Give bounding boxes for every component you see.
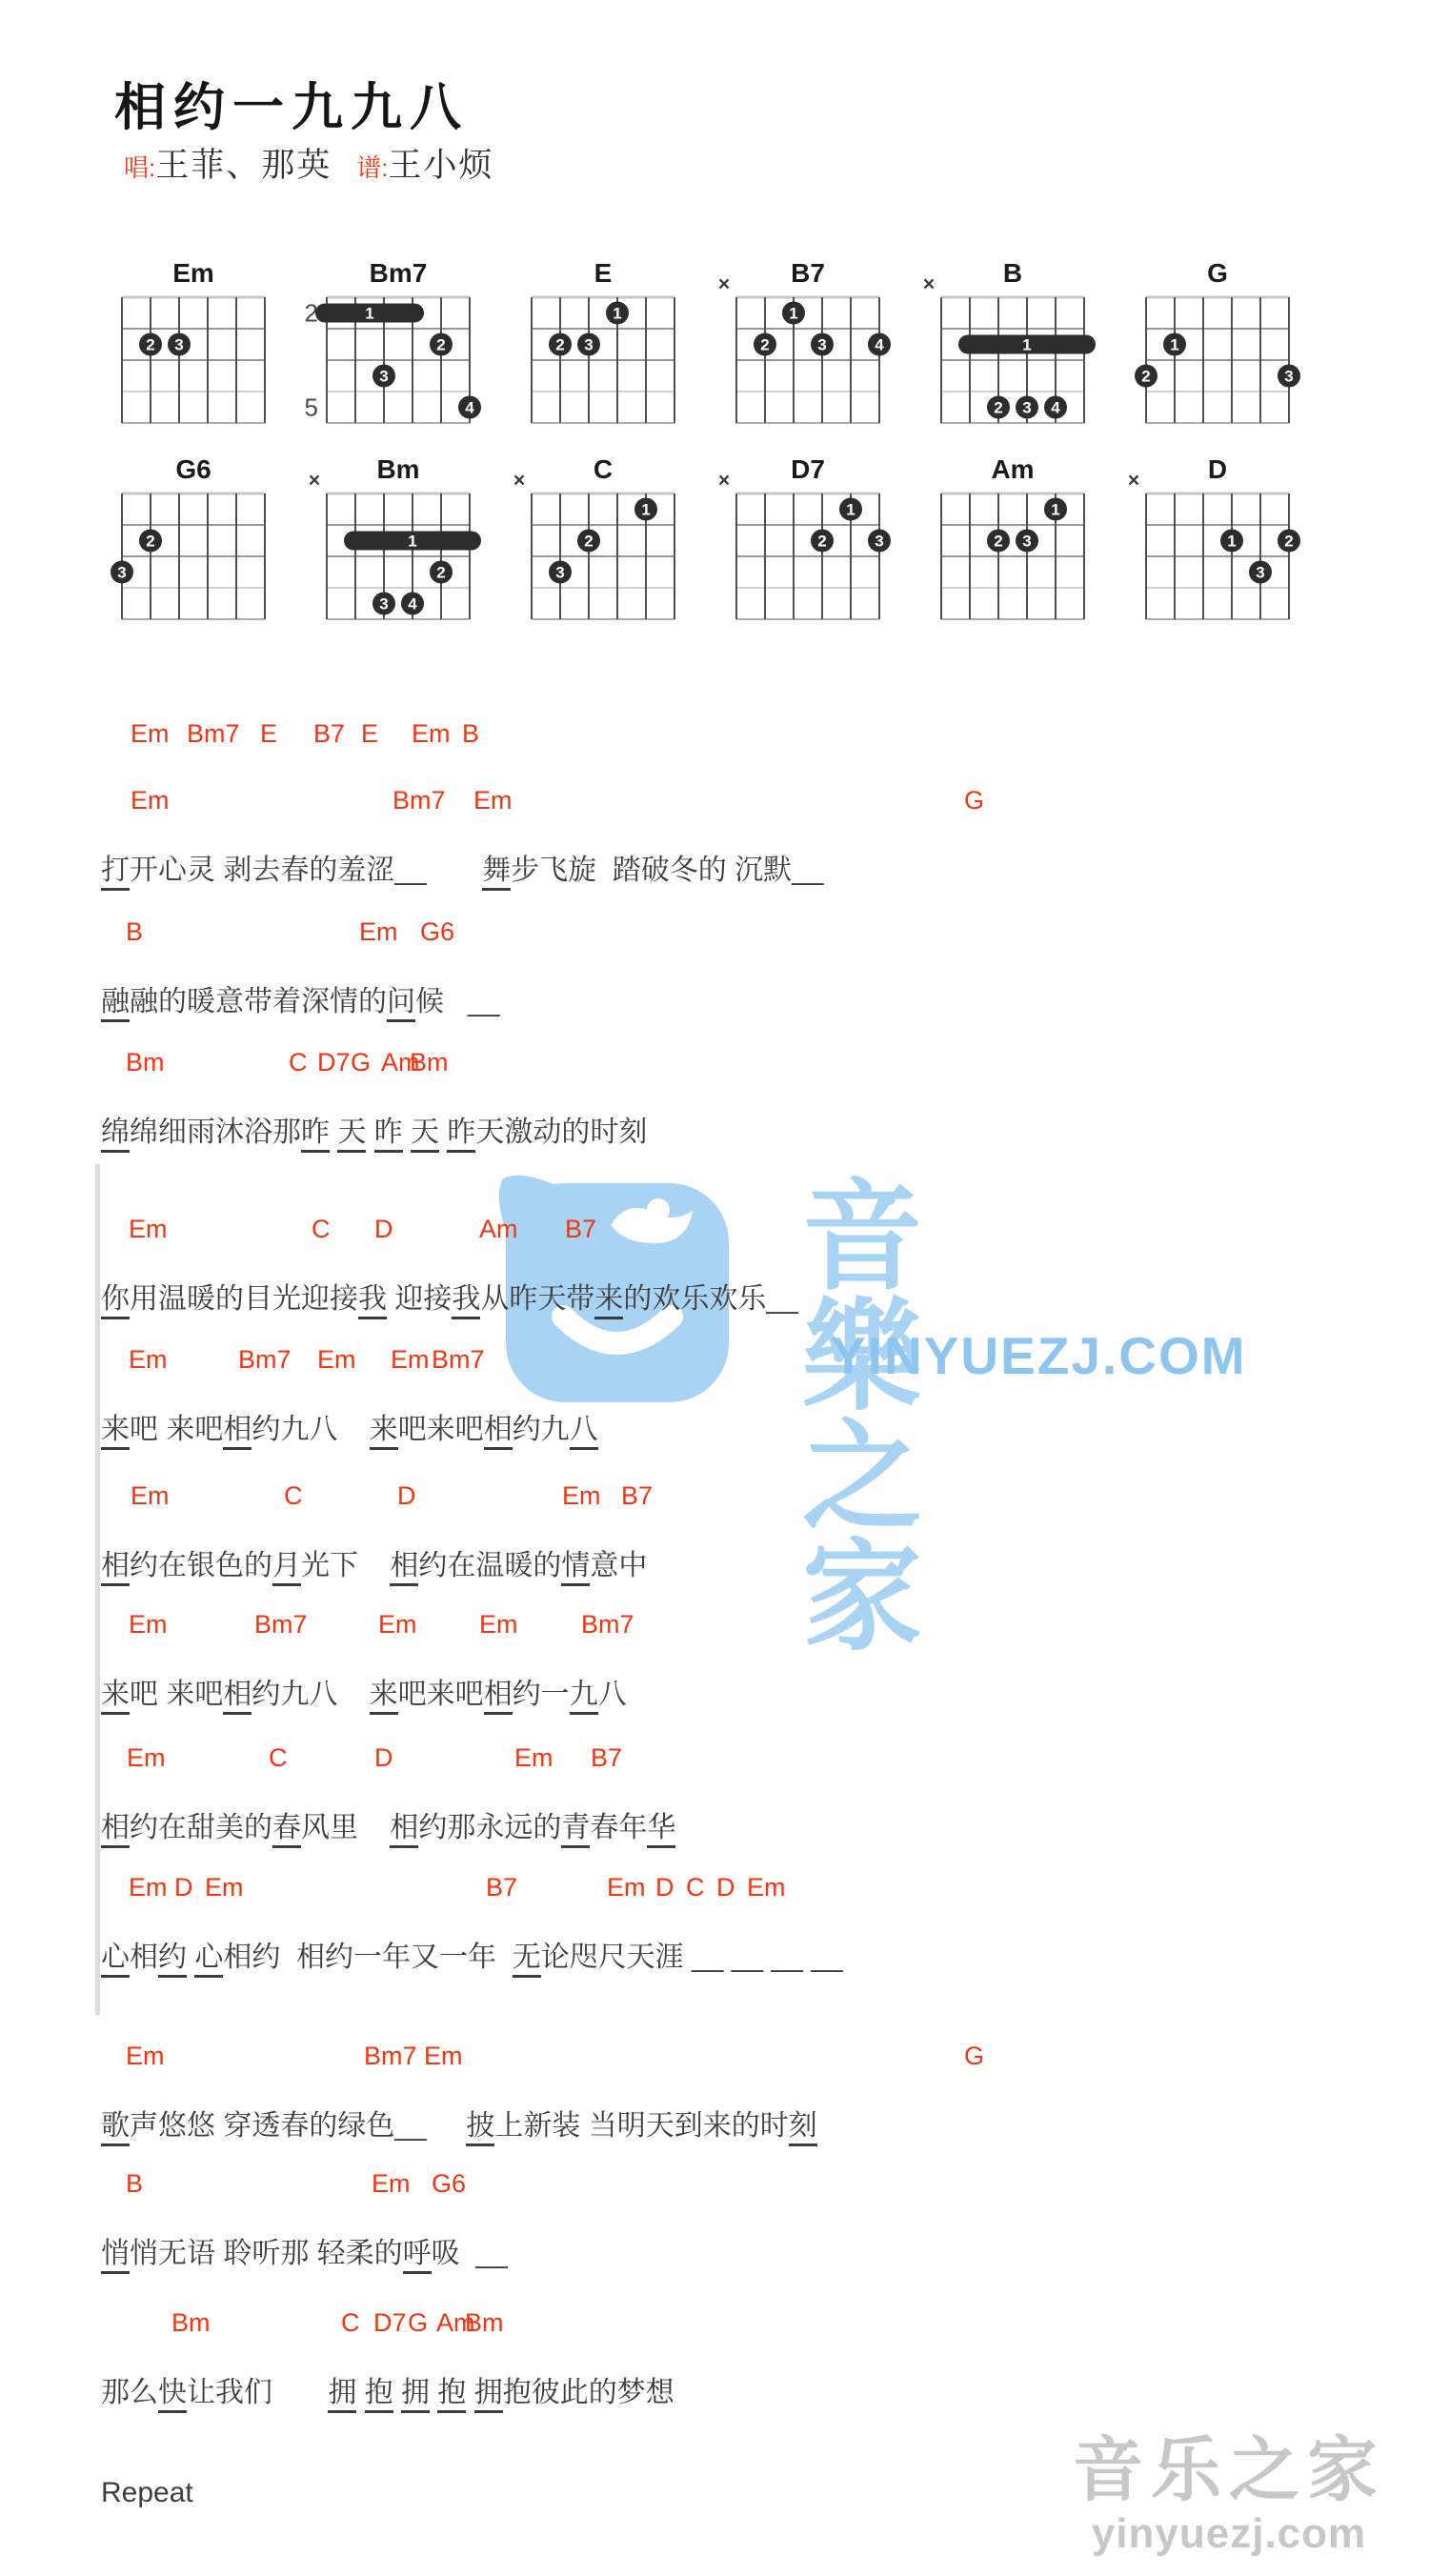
lyric-segment-underlined: 拥 <box>474 2377 503 2413</box>
chord-label: C <box>341 2308 360 2338</box>
lyric-segment: 意中 <box>590 1550 647 1581</box>
lyric-segment: 吧 来吧 <box>130 1679 223 1710</box>
lyric-segment: 论咫尺天涯 <box>541 1942 684 1973</box>
chord-label: D <box>655 1873 674 1902</box>
lyric-segment: __ <box>394 855 426 886</box>
lyric-segment-underlined: 来 <box>370 1679 398 1715</box>
lyric-segment-underlined: 华 <box>647 1812 675 1848</box>
lyric-segment: 迎接 <box>387 1283 452 1315</box>
lyric-segment: 悄无语 聆听那 轻柔的 <box>130 2238 403 2269</box>
lyric-segment-underlined: 快 <box>158 2377 187 2413</box>
chord-line: EmBm7EmG <box>0 786 1429 818</box>
chord-label: Em <box>562 1481 601 1511</box>
chord-label: D <box>374 1215 393 1244</box>
lyric-segment-underlined: 打 <box>101 855 130 891</box>
chord-label: Bm <box>171 2308 211 2338</box>
lyric-segment: 候 <box>415 986 444 1017</box>
lyric-segment: 绵细雨沐浴那 <box>130 1117 301 1148</box>
lyric-segment-underlined: 刻 <box>789 2110 817 2146</box>
lyric-line: 绵绵细雨沐浴那昨 天 昨 天 昨天激动的时刻 <box>101 1113 647 1153</box>
chord-label: D7 <box>373 2308 407 2338</box>
lyric-line: 来吧 来吧相约九八 来吧来吧相约九八 <box>101 1410 598 1450</box>
lyric-segment-underlined: 拥 <box>328 2377 356 2413</box>
lyric-segment-underlined: 相 <box>484 1414 513 1450</box>
lyric-segment <box>460 2238 476 2269</box>
chord-label: Bm7 <box>581 1610 634 1640</box>
chord-line: EmBm7EB7EEmB <box>0 719 1429 752</box>
lyric-segment-underlined: 抱 <box>365 2377 393 2413</box>
chord-label: B <box>126 917 143 947</box>
chord-label: B <box>126 2169 143 2199</box>
chord-label: Em <box>129 1215 168 1244</box>
chord-label: G <box>964 2042 984 2071</box>
lyric-segment <box>366 1117 373 1148</box>
chord-label: C <box>269 1743 288 1773</box>
lyric-line: 打开心灵 剥去春的羞涩__ 舞步飞旋 踏破冬的 沉默__ <box>101 851 823 891</box>
chord-label: Em <box>129 1610 168 1640</box>
lyric-segment: __ <box>692 1942 723 1973</box>
lyric-segment-underlined: 昨 <box>447 1117 475 1153</box>
lyric-segment-underlined: 天 <box>337 1117 366 1153</box>
lyric-segment-underlined: 我 <box>452 1283 480 1319</box>
lyric-segment <box>337 1679 369 1710</box>
chord-label: D <box>397 1481 416 1511</box>
lyric-segment-underlined: 相 <box>223 1414 252 1450</box>
lyric-segment-underlined: 相 <box>390 1812 418 1848</box>
lyric-segment-underlined: 问 <box>387 986 415 1022</box>
chord-label: Bm7 <box>254 1610 308 1640</box>
chord-line: EmDEmB7EmDCDEm <box>0 1873 1429 1905</box>
chord-label: Em <box>129 1345 168 1375</box>
chord-label: G6 <box>432 2169 466 2199</box>
lyric-segment: 八 <box>598 1679 627 1710</box>
chord-label: Bm <box>126 1048 165 1077</box>
chord-label: Em <box>372 2169 411 2199</box>
chord-label: Em <box>473 786 513 815</box>
lyric-segment: 约在银色的 <box>130 1550 272 1581</box>
chord-label: Bm7 <box>364 2042 417 2071</box>
lyric-segment: 约九八 <box>252 1679 337 1710</box>
lyric-segment: 步飞旋 踏破冬的 沉默 <box>511 855 792 886</box>
lyric-segment-underlined: 青 <box>561 1812 590 1848</box>
chord-label: Em <box>747 1873 786 1902</box>
lyric-segment-underlined: 九 <box>570 1679 598 1715</box>
chord-label: Bm7 <box>187 719 240 749</box>
chord-label: Em <box>514 1743 553 1773</box>
chord-label: Bm7 <box>392 786 446 815</box>
lyric-segment-underlined: 我 <box>358 1283 387 1319</box>
lyric-segment: 约九 <box>513 1414 570 1445</box>
chord-label: Em <box>378 1610 417 1640</box>
lyric-segment: 相约 <box>223 1942 280 1973</box>
chord-label: G6 <box>420 917 454 947</box>
chord-label: Em <box>129 1873 168 1902</box>
chord-label: Em <box>205 1873 244 1902</box>
lyric-segment <box>444 986 468 1017</box>
chord-label: Em <box>317 1345 356 1375</box>
lyric-segment: 约在甜美的 <box>130 1812 272 1843</box>
chord-label: Bm7 <box>238 1345 292 1375</box>
lyric-segment-underlined: 约 <box>158 1942 187 1978</box>
lyric-segment: 从昨天带 <box>480 1283 594 1315</box>
lyric-segment-underlined: 拥 <box>401 2377 430 2413</box>
lyric-segment-underlined: 呼 <box>403 2238 432 2274</box>
lyric-segment: 吸 <box>432 2238 460 2269</box>
chord-label: C <box>284 1481 303 1511</box>
lyric-segment-underlined: 融 <box>101 986 130 1022</box>
lyric-segment-underlined: 无 <box>513 1942 541 1978</box>
lyric-segment: 吧来吧 <box>398 1414 484 1445</box>
lyric-line: 那么快让我们 拥 抱 拥 抱 拥抱彼此的梦想 <box>101 2373 674 2413</box>
lyric-segment-underlined: 披 <box>466 2110 494 2146</box>
lyric-segment: 相约一年又一年 <box>280 1942 512 1973</box>
lyric-segment: 那么 <box>101 2377 158 2408</box>
lyric-segment <box>358 1550 390 1581</box>
lyric-segment-underlined: 相 <box>390 1550 418 1586</box>
chord-line: EmBm7EmEmBm7 <box>0 1345 1429 1378</box>
lyric-segment <box>684 1942 692 1973</box>
lyric-line: 你用温暖的目光迎接我 迎接我从昨天带来的欢乐欢乐__ <box>101 1279 798 1319</box>
lyric-segment-underlined: 绵 <box>101 1117 130 1153</box>
lyric-segment: 声悠悠 穿透春的绿色 <box>130 2110 394 2142</box>
lyric-line: 歌声悠悠 穿透春的绿色__ 披上新装 当明天到来的时刻 <box>101 2106 817 2146</box>
lyric-segment <box>403 1117 411 1148</box>
lyric-segment: 的欢乐欢乐 <box>623 1283 766 1315</box>
lyric-segment: __ <box>732 1942 763 1973</box>
chord-line: BEmG6 <box>0 917 1429 950</box>
lyric-segment-underlined: 相 <box>101 1812 130 1848</box>
lyric-segment-underlined: 抱 <box>437 2377 466 2413</box>
lyric-segment: 吧 来吧 <box>130 1414 223 1445</box>
lyric-segment: 开心灵 剥去春的羞涩 <box>130 855 394 886</box>
repeat-label: Repeat <box>101 2477 193 2509</box>
lyric-line: 来吧 来吧相约九八 来吧来吧相约一九八 <box>101 1675 627 1715</box>
lyric-line: 相约在银色的月光下 相约在温暖的情意中 <box>101 1546 647 1586</box>
chord-label: Em <box>391 1345 430 1375</box>
chord-label: Em <box>131 1481 170 1511</box>
chord-label: B7 <box>313 719 345 749</box>
lyric-segment <box>337 1414 369 1445</box>
lyric-segment: 约在温暖的 <box>418 1550 561 1581</box>
chord-label: B7 <box>591 1743 622 1773</box>
lyric-segment <box>427 2110 467 2142</box>
lyric-segment <box>272 2377 328 2408</box>
lyric-segment: 风里 <box>301 1812 358 1843</box>
lyric-segment-underlined: 情 <box>561 1550 590 1586</box>
lyric-segment: 光下 <box>301 1550 358 1581</box>
chord-label: E <box>260 719 277 749</box>
lyric-segment: __ <box>766 1283 797 1315</box>
lyric-segment: __ <box>792 855 823 886</box>
song-body: EmBm7EB7EEmBEmBm7EmG打开心灵 剥去春的羞涩__ 舞步飞旋 踏… <box>0 0 1429 2576</box>
chord-line: EmBm7EmG <box>0 2042 1429 2074</box>
lyric-segment-underlined: 春 <box>272 1812 301 1848</box>
chord-line: EmBm7EmEmBm7 <box>0 1610 1429 1642</box>
lyric-segment-underlined: 舞 <box>482 855 511 891</box>
chord-label: Em <box>359 917 398 947</box>
lyric-segment-underlined: 来 <box>370 1414 398 1450</box>
lyric-segment <box>723 1942 731 1973</box>
chord-sheet-page: 音樂之家 YINYUEZJ.COM 音乐之家 yinyuezj.com 相约一九… <box>0 0 1429 2576</box>
lyric-segment-underlined: 昨 <box>374 1117 403 1153</box>
chord-label: C <box>686 1873 705 1902</box>
chord-label: Em <box>412 719 451 749</box>
lyric-segment: __ <box>468 986 499 1017</box>
lyric-line: 相约在甜美的春风里 相约那永远的青春年华 <box>101 1808 675 1848</box>
lyric-segment-underlined: 来 <box>101 1414 130 1450</box>
chord-label: Bm7 <box>432 1345 485 1375</box>
chord-label: C <box>312 1215 331 1244</box>
lyric-segment: 抱彼此的梦想 <box>503 2377 674 2408</box>
lyric-segment-underlined: 来 <box>594 1283 623 1319</box>
lyric-segment-underlined: 相 <box>101 1550 130 1586</box>
lyric-segment: 用温暖的目光迎接 <box>130 1283 358 1315</box>
lyric-segment: __ <box>475 2238 507 2269</box>
lyric-segment: __ <box>771 1942 802 1973</box>
lyric-segment-underlined: 月 <box>272 1550 301 1586</box>
chord-label: G <box>408 2308 428 2338</box>
chord-label: Em <box>127 1743 166 1773</box>
lyric-segment: __ <box>394 2110 426 2142</box>
lyric-segment-underlined: 八 <box>570 1414 598 1450</box>
lyric-segment: 约那永远的 <box>418 1812 561 1843</box>
chord-label: B7 <box>565 1215 596 1244</box>
chord-label: B7 <box>486 1873 517 1902</box>
lyric-segment: 约九八 <box>252 1414 337 1445</box>
chord-line: EmCDEmB7 <box>0 1481 1429 1514</box>
chord-line: BEmG6 <box>0 2169 1429 2202</box>
lyric-segment: 融的暖意带着深情的 <box>130 986 387 1017</box>
lyric-segment: 约一 <box>513 1679 570 1710</box>
chord-label: D7 <box>317 1048 351 1077</box>
chord-label: Em <box>479 1610 518 1640</box>
chord-label: Em <box>607 1873 646 1902</box>
lyric-segment-underlined: 天 <box>411 1117 439 1153</box>
lyric-segment <box>427 855 482 886</box>
chord-label: B7 <box>621 1481 653 1511</box>
lyric-segment-underlined: 悄 <box>101 2238 130 2274</box>
lyric-segment-underlined: 相 <box>223 1679 252 1715</box>
lyric-segment-underlined: 心 <box>194 1942 223 1978</box>
lyric-segment: 天激动的时刻 <box>475 1117 647 1148</box>
chord-line: BmCD7GAmBm <box>0 2308 1429 2341</box>
chord-label: Em <box>126 2042 165 2071</box>
chord-label: C <box>289 1048 308 1077</box>
lyric-segment <box>393 2377 401 2408</box>
lyric-segment <box>466 2377 473 2408</box>
lyric-segment <box>803 1942 811 1973</box>
lyric-segment: 相 <box>130 1942 158 1973</box>
lyric-segment <box>356 2377 364 2408</box>
chord-line: BmCD7GAmBm <box>0 1048 1429 1080</box>
lyric-segment: 上新装 当明天到来的时 <box>494 2110 788 2142</box>
lyric-segment <box>358 1812 390 1843</box>
chord-line: EmCDEmB7 <box>0 1743 1429 1776</box>
lyric-line: 融融的暖意带着深情的问候 __ <box>101 982 499 1022</box>
lyric-segment: __ <box>811 1942 842 1973</box>
lyric-segment: 春年 <box>590 1812 647 1843</box>
lyric-segment-underlined: 相 <box>484 1679 513 1715</box>
chord-label: G <box>964 786 984 815</box>
chord-label: E <box>361 719 378 749</box>
chord-label: D <box>716 1873 735 1902</box>
lyric-segment-underlined: 心 <box>101 1942 130 1978</box>
chord-label: Am <box>479 1215 518 1244</box>
chord-label: G <box>351 1048 371 1077</box>
chord-label: Em <box>424 2042 463 2071</box>
chord-label: D <box>174 1873 193 1902</box>
lyric-line: 心相约 心相约 相约一年又一年 无论咫尺天涯 __ __ __ __ <box>101 1938 843 1978</box>
lyric-segment-underlined: 昨 <box>301 1117 330 1153</box>
chord-label: Em <box>131 719 170 749</box>
chord-label: D <box>374 1743 393 1773</box>
lyric-segment-underlined: 你 <box>101 1283 130 1319</box>
chord-label: B <box>462 719 479 749</box>
chord-label: Bm <box>410 1048 449 1077</box>
lyric-segment: 吧来吧 <box>398 1679 484 1710</box>
lyric-segment-underlined: 歌 <box>101 2110 130 2146</box>
chord-line: EmCDAmB7 <box>0 1215 1429 1247</box>
chord-label: Bm <box>465 2308 504 2338</box>
lyric-segment-underlined: 来 <box>101 1679 130 1715</box>
chord-label: Em <box>131 786 170 815</box>
lyric-segment: 让我们 <box>187 2377 272 2408</box>
lyric-line: 悄悄无语 聆听那 轻柔的呼吸 __ <box>101 2234 508 2274</box>
